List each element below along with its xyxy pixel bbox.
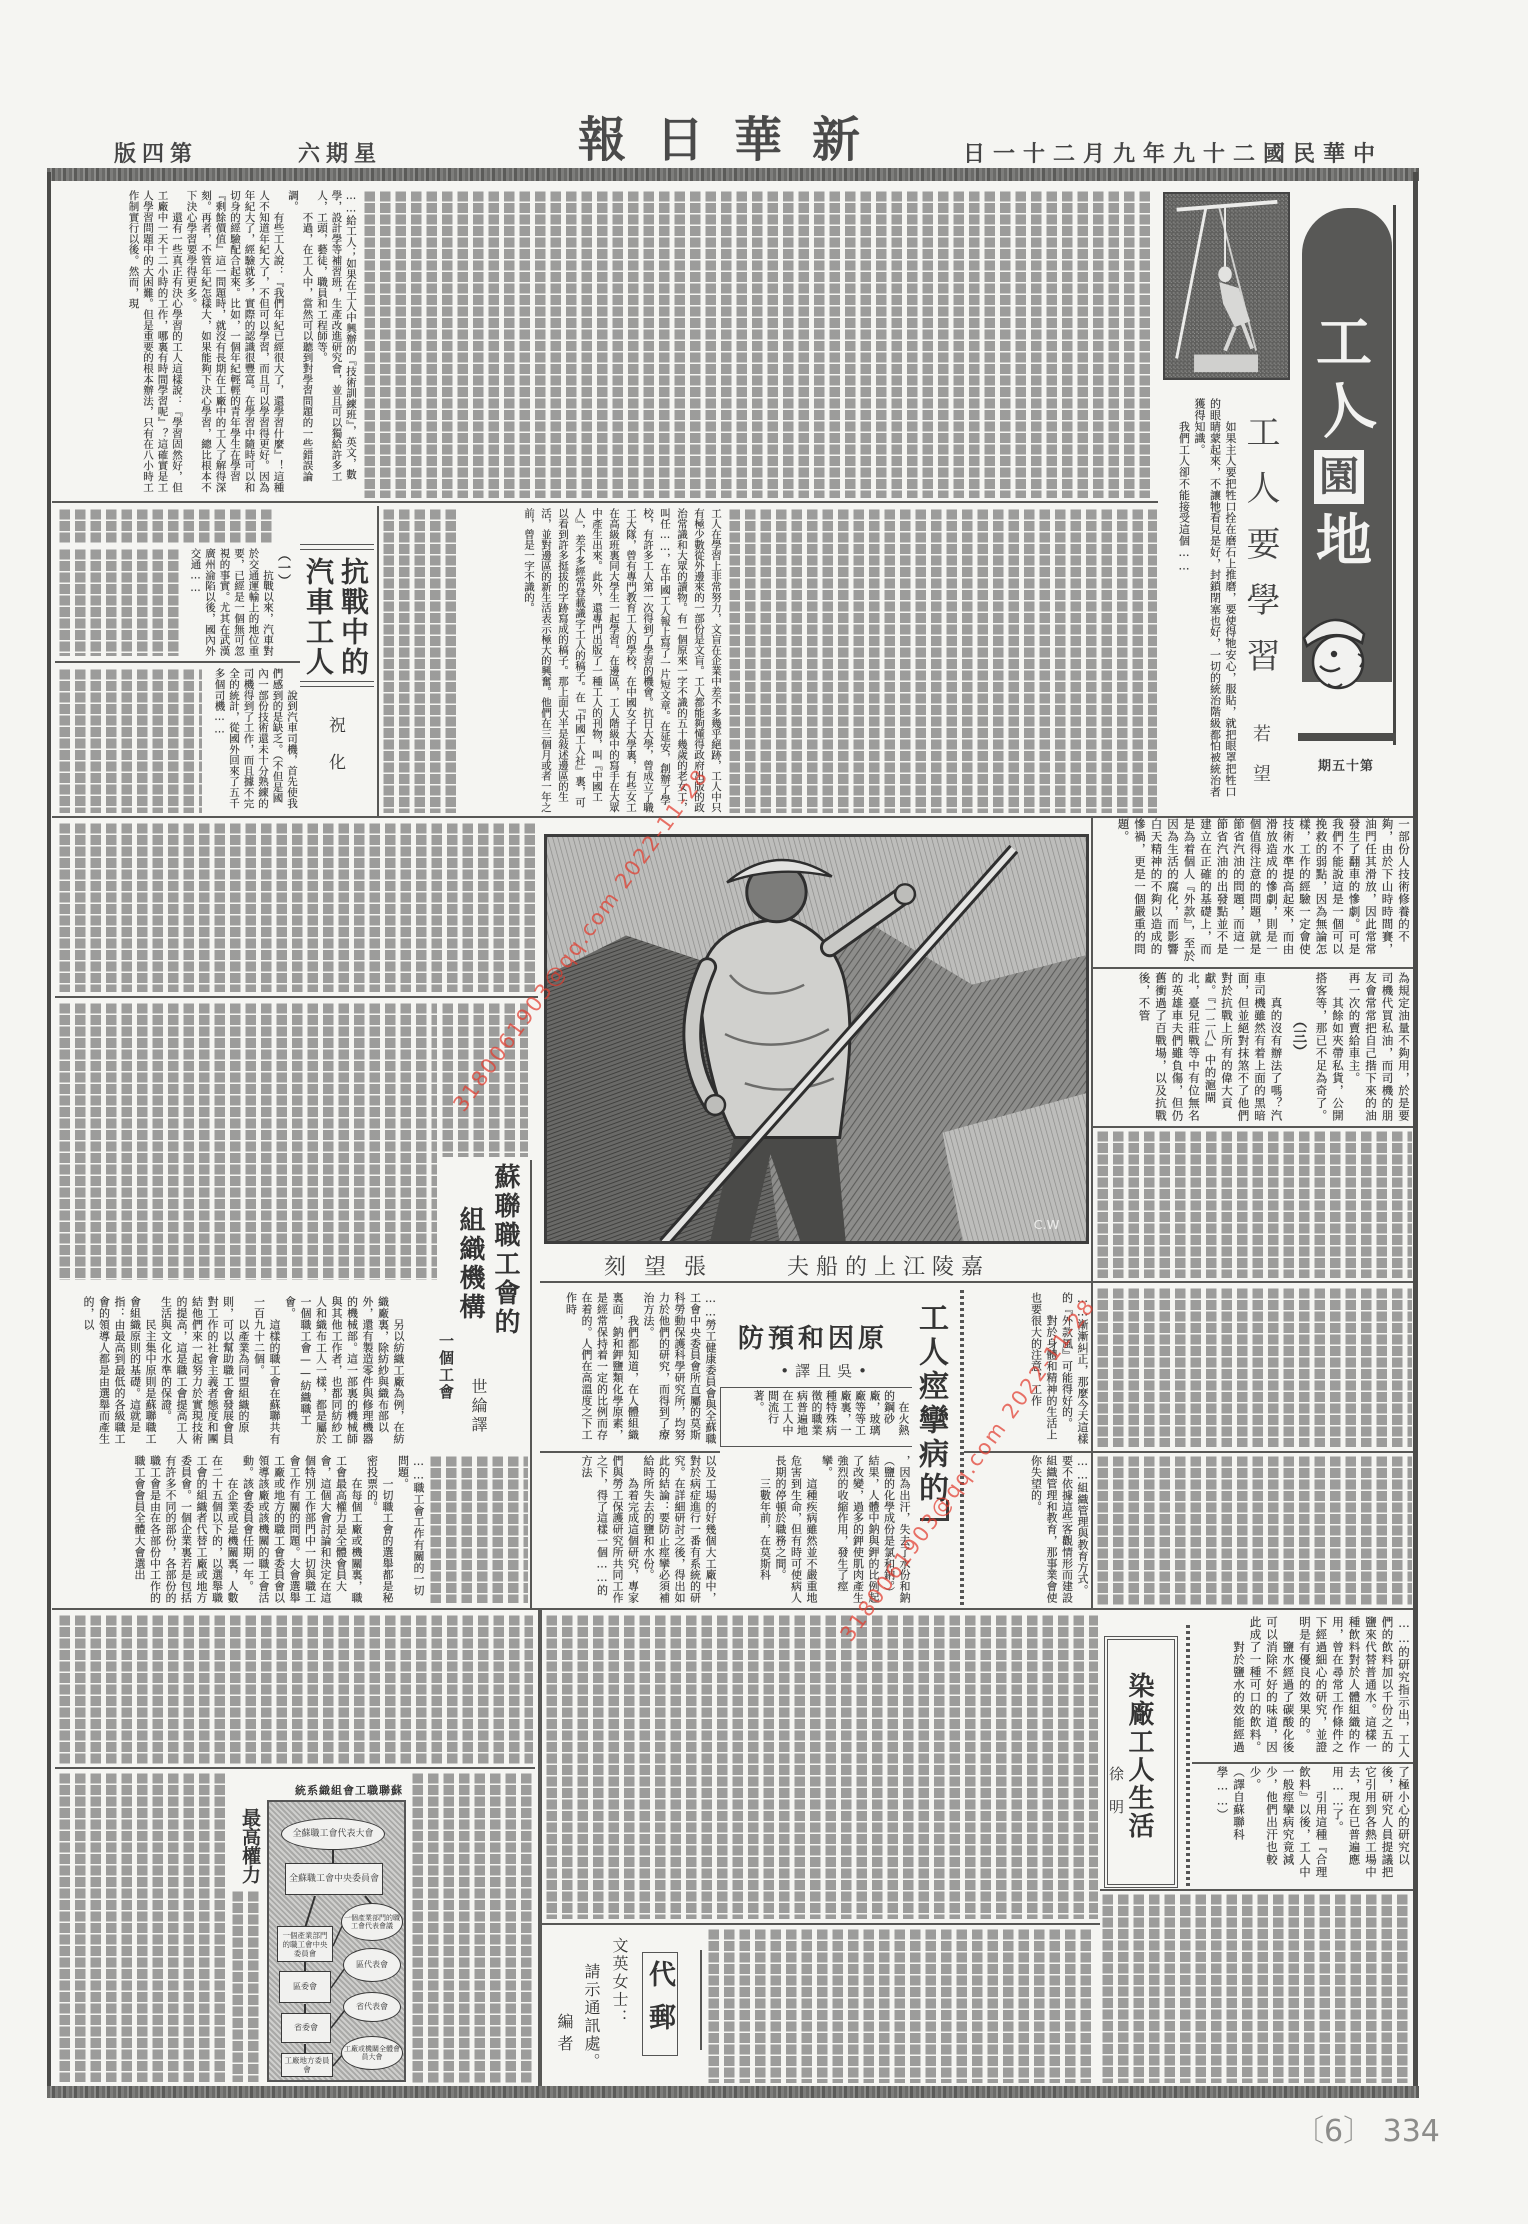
article-title-line: 蘇聯職工會的 [492, 1163, 518, 1337]
illegible-text-block [230, 1890, 263, 2082]
right-frame-border [1413, 172, 1418, 2096]
article-title-vertical: 工人痙攣病的 [915, 1302, 945, 1506]
article-title-horizontal: 原因和預防 [742, 1318, 888, 1355]
column-rule [540, 1281, 1413, 1283]
dotted-column-rule [960, 1290, 964, 1606]
title-double-rule [300, 544, 374, 545]
column-rule [377, 506, 379, 816]
column-rule [540, 1451, 720, 1453]
notice-message: 請示通訊處。 [583, 1963, 599, 2071]
flag-pole [1393, 205, 1396, 745]
illegible-text-block [428, 1455, 528, 1603]
column-rule [1093, 1126, 1413, 1128]
article-subheading: 最高權力 [240, 1808, 259, 1884]
article-paragraph: 為規定油量不夠用，於是要司機代買私油，而司機的朋友會常常把自己揩下來的油再一次的… [1313, 972, 1412, 1124]
section-marker: （一） [276, 548, 289, 587]
article-title-line: 組織機構 [457, 1206, 483, 1322]
illegible-text-block [57, 1002, 437, 1280]
article-author: 若望 [1251, 724, 1269, 804]
illegible-text-block [57, 1614, 533, 1764]
illegible-text-block [57, 548, 182, 656]
column-rule [55, 1767, 535, 1769]
article-author: 徐明 [1108, 1766, 1123, 1832]
article-subheading: 一個工會 [438, 1333, 453, 1401]
article-text-block: 了極小心的研究以後，研究人員提議把它引用到各熱工場中去，現在已普遍應用……了。 … [1194, 1766, 1412, 1886]
illegible-text-block [1095, 1287, 1412, 1447]
column-rule [52, 501, 1158, 503]
illegible-text-block [362, 190, 1154, 498]
illegible-text-block [1095, 1130, 1412, 1278]
title-double-rule [300, 549, 374, 550]
supplement-name-char: 地 [1316, 514, 1372, 570]
diagram-node: 工廠地方委員會 [281, 2053, 333, 2077]
article-title: 工人要學習 [1243, 414, 1277, 694]
article-author: 祝化 [326, 716, 343, 790]
illegible-text-block [410, 1772, 535, 2084]
notice-addressee: 文英女士： [611, 1937, 627, 2027]
woodcut-caption: 嘉陵江上的船夫 [786, 1250, 990, 1281]
column-rule [1192, 1762, 1413, 1764]
diagram-node: 全蘇職工會中央委員會 [285, 1863, 383, 1895]
illegible-text-block [381, 508, 457, 813]
column-rule [1093, 1451, 1413, 1453]
left-frame-border [47, 172, 51, 2096]
column-rule [700, 1950, 702, 2050]
illegible-text-block [57, 668, 202, 813]
banner-base [1298, 733, 1396, 741]
article-paragraph: 真的沒有辦法了嗎？汽車司機雖然有着上面的黑暗面，但並絕對抹煞不了他們對於抗戰上所… [1136, 972, 1285, 1124]
woodcut-artist: 張望刻 [616, 1250, 724, 1281]
column-rule [55, 996, 538, 998]
issue-date: 中華民國二十九年九月二十一日 [955, 137, 1383, 168]
illegible-text-block [1095, 1455, 1412, 1605]
article-text-block: 以及工場的好幾個大工廠中，對於病症進行一番有系統的研究。在詳細研討之後，得出如此… [542, 1455, 718, 1605]
diagram-node: 區代表會 [343, 1948, 401, 1982]
article-text-block: 為規定油量不夠用，於是要司機代買私油，而司機的朋友會常常把自己揩下來的油再一次的… [1095, 972, 1412, 1124]
article-title: 染廠工人生活 [1126, 1672, 1152, 1840]
org-chart-diagram: 蘇聯職工會組織系統 全蘇職工會代表大會 全蘇職工會中央委員會 一個產業部門的職工… [265, 1778, 408, 2084]
article-translator: •吳且譯• [765, 1360, 873, 1381]
newspaper-title: 新華日報 [578, 116, 890, 164]
title-double-rule [300, 686, 374, 687]
article-title-line: 汽車工人 [304, 557, 332, 677]
diagram-node: 一個產業部門的職工會中央委員會 [277, 1926, 333, 1962]
article-intro-box: 在火熱的鋼砂廠，玻璃廠等等工廠裏，一種特殊病徵的職業病普遍地在工人中間流行著。 [720, 1387, 912, 1447]
article-title-line: 抗戰中的 [339, 557, 367, 677]
column-rule [1100, 1889, 1413, 1891]
article-text-block: ……的研究指示出，工人們的飲料加以千份之五的鹽來代替普通水。這樣一種飲料對於人體… [1194, 1616, 1412, 1760]
article-text-block: 如果主人要把牲口拴在磨石上推磨，要使得牠安心，服貼，就把眼罩把牲口的眼睛蒙起來，… [1166, 398, 1238, 806]
column-rule [530, 1160, 532, 1608]
diagram-node: 工廠或機關全體會員大會 [341, 2036, 403, 2070]
notice-signature: 編者 [556, 2013, 572, 2057]
article-text-block: ……組織管理與教育方式。要不依據這些客觀情形而建設組織管理和教育，那事業會使你失… [966, 1455, 1090, 1605]
article-text-block: ……給工人；如果在工人中興辦的『技術訓練班』，英文，數學，設計學等補習班，生產改… [58, 190, 358, 498]
diagram-node: 全蘇職工會代表大會 [281, 1818, 385, 1850]
column-rule [55, 661, 300, 663]
illegible-text-block [57, 822, 535, 992]
title-double-rule [300, 681, 374, 682]
notice-label: 代郵 [646, 1960, 673, 2046]
article-text-block: ……勞工健康委員會與全蘇職工會中央委員會所直屬的莫斯科勞動保護科學研究所，均努力… [542, 1292, 718, 1449]
column-rule [52, 1608, 1413, 1610]
article-text-block: 工人在學習上非常努力，文盲在企業中差不多幾乎絕跡，工人中只有極少數從外邊來的一部… [460, 508, 724, 814]
supplement-name-char: 工 [1316, 316, 1372, 372]
weekday: 星期六 [296, 137, 382, 168]
illegible-text-block [57, 1772, 229, 2082]
worker-illustration [1163, 192, 1290, 380]
article-text-block: 說到汽車司機，首先使我們感到的是缺乏。（不但是國內一部份技術還未十分熟練的司機得… [205, 668, 299, 813]
diagram-node: 省代表會 [343, 1992, 401, 2022]
article-text-block: 另以紡織工廠為例，在紡織廠裏，除紡紗與織布部以外，還有製造零件與修理機器的機械部… [58, 1296, 406, 1448]
diagram-node: 一個產業部門的職工會代表會議 [341, 1903, 403, 1941]
section-marker: （三） [1291, 972, 1308, 1124]
article-translator: 世綸譯 [470, 1378, 486, 1435]
column-rule-thick [538, 1608, 542, 2086]
article-text-block: ……職工會工作有關的一切問題。 一切職工會的選舉都是秘密投票的。 在每個工廠或機… [58, 1455, 426, 1605]
article-text-block: 一部份人技術修養的不夠，由於下山時時間賽，油門任其滑放，因此常常發生了翻車的慘劇… [1095, 818, 1412, 965]
illegible-text-block [57, 508, 272, 544]
woodcut-signature: C.W [1034, 1218, 1060, 1233]
supplement-issue: 第十五期 [1318, 755, 1374, 774]
bottom-frame-bar [47, 2086, 1419, 2098]
diagram-node: 省委會 [281, 2013, 331, 2043]
dotted-column-rule [1186, 1625, 1190, 1887]
supplement-name-char: 人 [1313, 377, 1379, 443]
illegible-text-block [1100, 1893, 1412, 2083]
newspaper-page: 第四版 星期六 新華日報 中華民國二十九年九月二十一日 工 人 園 地 第十五期 [0, 0, 1528, 2224]
column-rule [1093, 967, 1413, 969]
column-rule [1091, 816, 1093, 1608]
page-label: 第四版 [108, 137, 198, 168]
article-text-block: 抗戰以來，汽車對於交通運輸上的地位重要，已經是一個無可忽視的事實。尤其在武漢廣州… [185, 548, 275, 656]
page-reference: 〔6〕 334 [1294, 2106, 1440, 2150]
column-rule [540, 1923, 1100, 1925]
diagram-node: 區委會 [279, 1971, 331, 2003]
illegible-text-block [544, 1614, 1098, 1919]
illegible-text-block [706, 1928, 1096, 2083]
top-frame-bar [47, 168, 1419, 181]
illegible-text-block [727, 508, 1157, 813]
supplement-name-char-boxed: 園 [1314, 450, 1364, 504]
worker-cartoon-face-icon [1298, 596, 1372, 700]
